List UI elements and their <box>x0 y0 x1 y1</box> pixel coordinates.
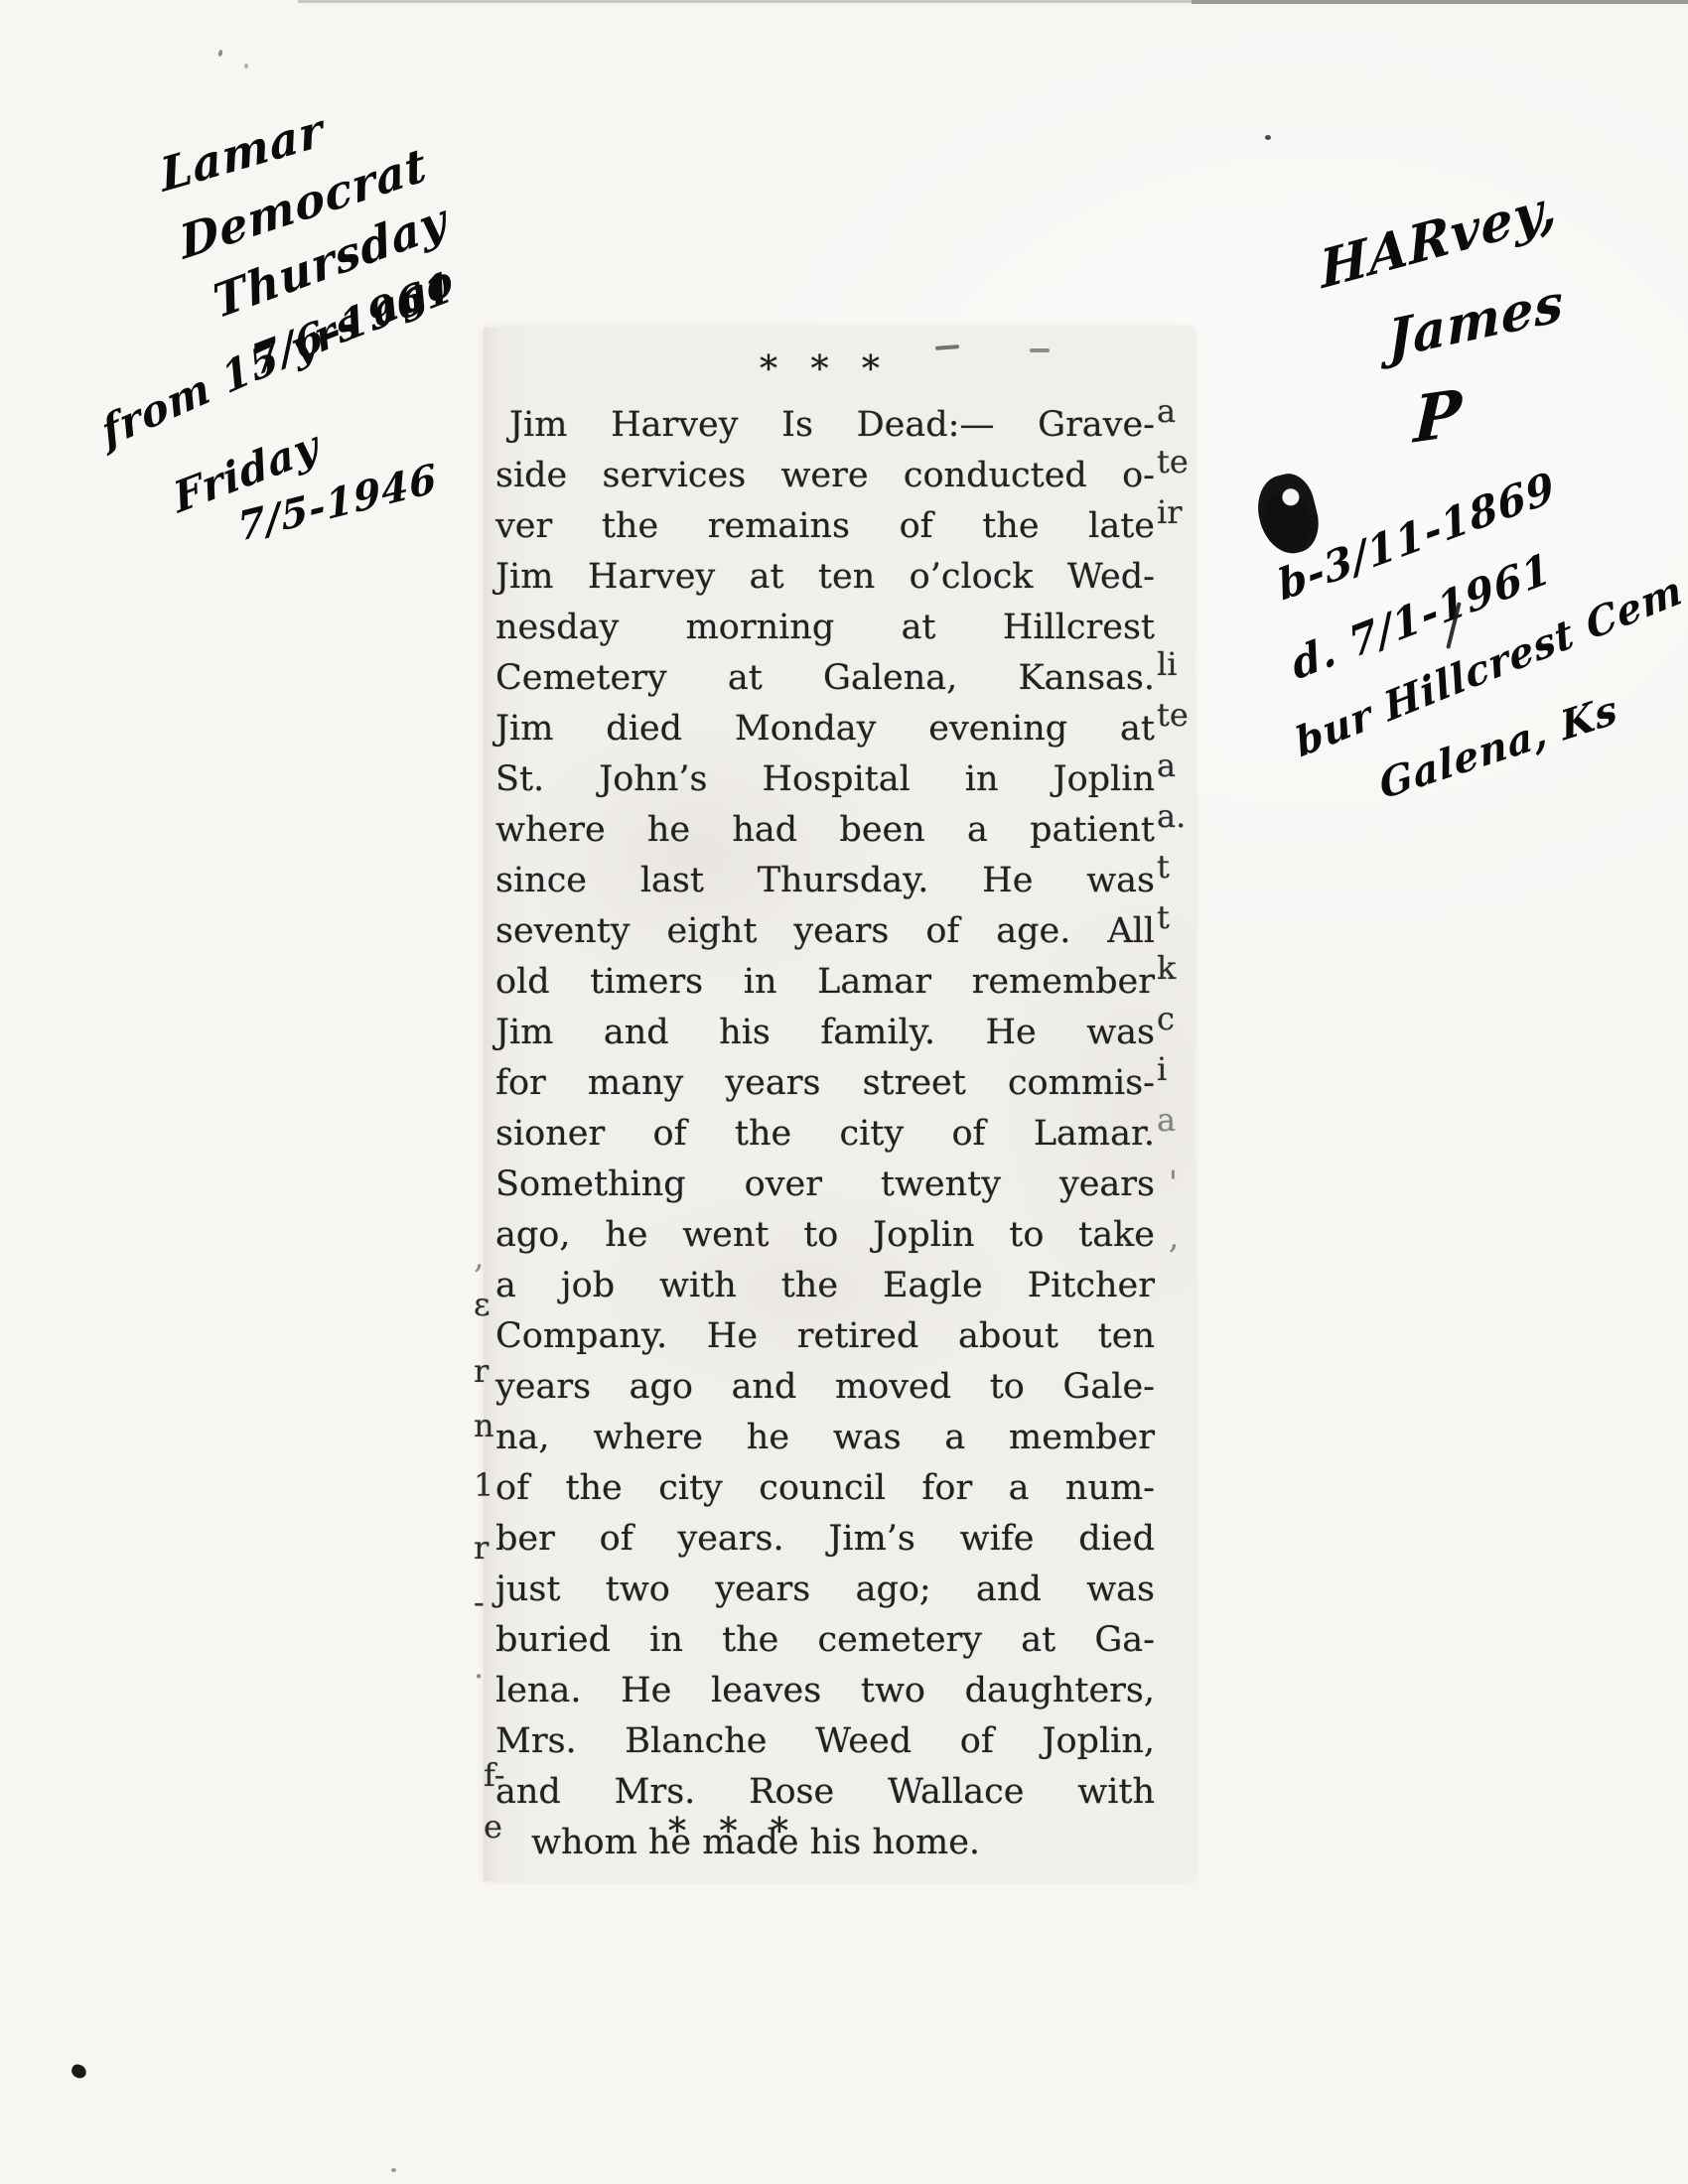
section-divider-stars-bottom: * * * <box>495 1812 972 1852</box>
clipping-line: Mrs. Blanche Weed of Joplin, <box>495 1716 1155 1767</box>
right-edge-fragment: t <box>1157 851 1170 883</box>
clipping-line: side services were conducted o- <box>495 451 1155 501</box>
clipping-line: lena. He leaves two daughters, <box>495 1666 1155 1716</box>
right-edge-fragment: k <box>1157 952 1176 984</box>
clipping-line: Jim Harvey Is Dead:— Grave- <box>495 400 1155 451</box>
clipping-line: since last Thursday. He was <box>495 856 1155 906</box>
dust-speck <box>1265 135 1271 140</box>
clipping-line: a job with the Eagle Pitcher <box>495 1261 1155 1311</box>
left-edge-fragment: . <box>474 1651 484 1683</box>
clipping-line: buried in the cemetery at Ga- <box>495 1615 1155 1666</box>
scan-edge-artifact-dark <box>1192 0 1688 4</box>
clipping-line: Jim died Monday evening at <box>495 704 1155 754</box>
right-edge-fragment: te <box>1157 446 1189 478</box>
left-edge-fragment: r <box>474 1532 489 1564</box>
right-edge-fragment: a. <box>1157 800 1186 832</box>
ink-blot <box>1250 469 1326 560</box>
clipping-line: Company. He retired about ten <box>495 1311 1155 1362</box>
clipping-line: St. John’s Hospital in Joplin <box>495 754 1155 805</box>
clipping-line: just two years ago; and was <box>495 1565 1155 1615</box>
clipping-line: nesday morning at Hillcrest <box>495 603 1155 653</box>
left-edge-fragment: n <box>474 1410 494 1441</box>
handwritten-name-line-2: James <box>1387 272 1565 370</box>
right-edge-fragment: t <box>1157 901 1170 933</box>
clipping-line: Something over twenty years <box>495 1160 1155 1210</box>
right-edge-fragment: te <box>1157 699 1189 731</box>
clipping-line: ago, he went to Joplin to take <box>495 1210 1155 1261</box>
left-edge-fragment: f- <box>484 1759 505 1791</box>
clipping-line: Cemetery at Galena, Kansas. <box>495 653 1155 704</box>
dust-speck <box>391 2168 396 2172</box>
scan-edge-artifact <box>298 0 1192 3</box>
clipping-line: Jim Harvey at ten o’clock Wed- <box>495 552 1155 603</box>
clipping-line: sioner of the city of Lamar. <box>495 1109 1155 1160</box>
left-edge-fragment: ‚ <box>474 1241 484 1273</box>
ink-speck <box>70 2063 88 2080</box>
right-edge-fragment: ir <box>1157 496 1183 528</box>
right-edge-fragment: a <box>1157 1104 1176 1136</box>
handwritten-name-line-3: P <box>1413 376 1464 459</box>
newspaper-clipping: * * * Jim Harvey Is Dead:— Grave- side s… <box>484 328 1195 1881</box>
left-edge-fragment: 1 <box>474 1469 493 1501</box>
dust-speck <box>217 50 223 58</box>
clipping-line: na, where he was a member <box>495 1413 1155 1463</box>
clipping-line: old timers in Lamar remember <box>495 957 1155 1008</box>
section-divider-stars-top: * * * <box>495 349 1155 390</box>
right-edge-fragment: a <box>1157 395 1176 427</box>
obituary-column: Jim Harvey Is Dead:— Grave- side service… <box>495 400 1155 1868</box>
clipping-line: for many years street commis- <box>495 1058 1155 1109</box>
clipping-line: seventy eight years of age. All <box>495 906 1155 957</box>
right-edge-fragment: li <box>1157 648 1177 680</box>
clipping-line: years ago and moved to Gale- <box>495 1362 1155 1413</box>
right-edge-fragment: a <box>1157 750 1176 781</box>
left-edge-fragment: e <box>484 1811 502 1843</box>
clipping-line: where he had been a patient <box>495 805 1155 856</box>
clipping-line: of the city council for a num- <box>495 1463 1155 1514</box>
dust-speck <box>244 64 248 68</box>
right-edge-fragment: , <box>1169 1221 1179 1253</box>
clipping-line: ver the remains of the late <box>495 501 1155 552</box>
left-edge-fragment: - <box>474 1586 485 1618</box>
right-edge-fragment: c <box>1157 1003 1175 1034</box>
right-edge-fragment: ' <box>1169 1166 1178 1198</box>
left-edge-fragment: ɛ <box>474 1289 491 1320</box>
clipping-line: Jim and his family. He was <box>495 1008 1155 1058</box>
clipping-line: and Mrs. Rose Wallace with <box>495 1767 1155 1818</box>
right-edge-fragment: i <box>1157 1053 1167 1085</box>
left-edge-fragment: r <box>474 1355 489 1387</box>
clipping-line: ber of years. Jim’s wife died <box>495 1514 1155 1565</box>
scanned-document-page: Lamar Democrat Thursday 7/6-1961 from 15… <box>0 0 1688 2184</box>
